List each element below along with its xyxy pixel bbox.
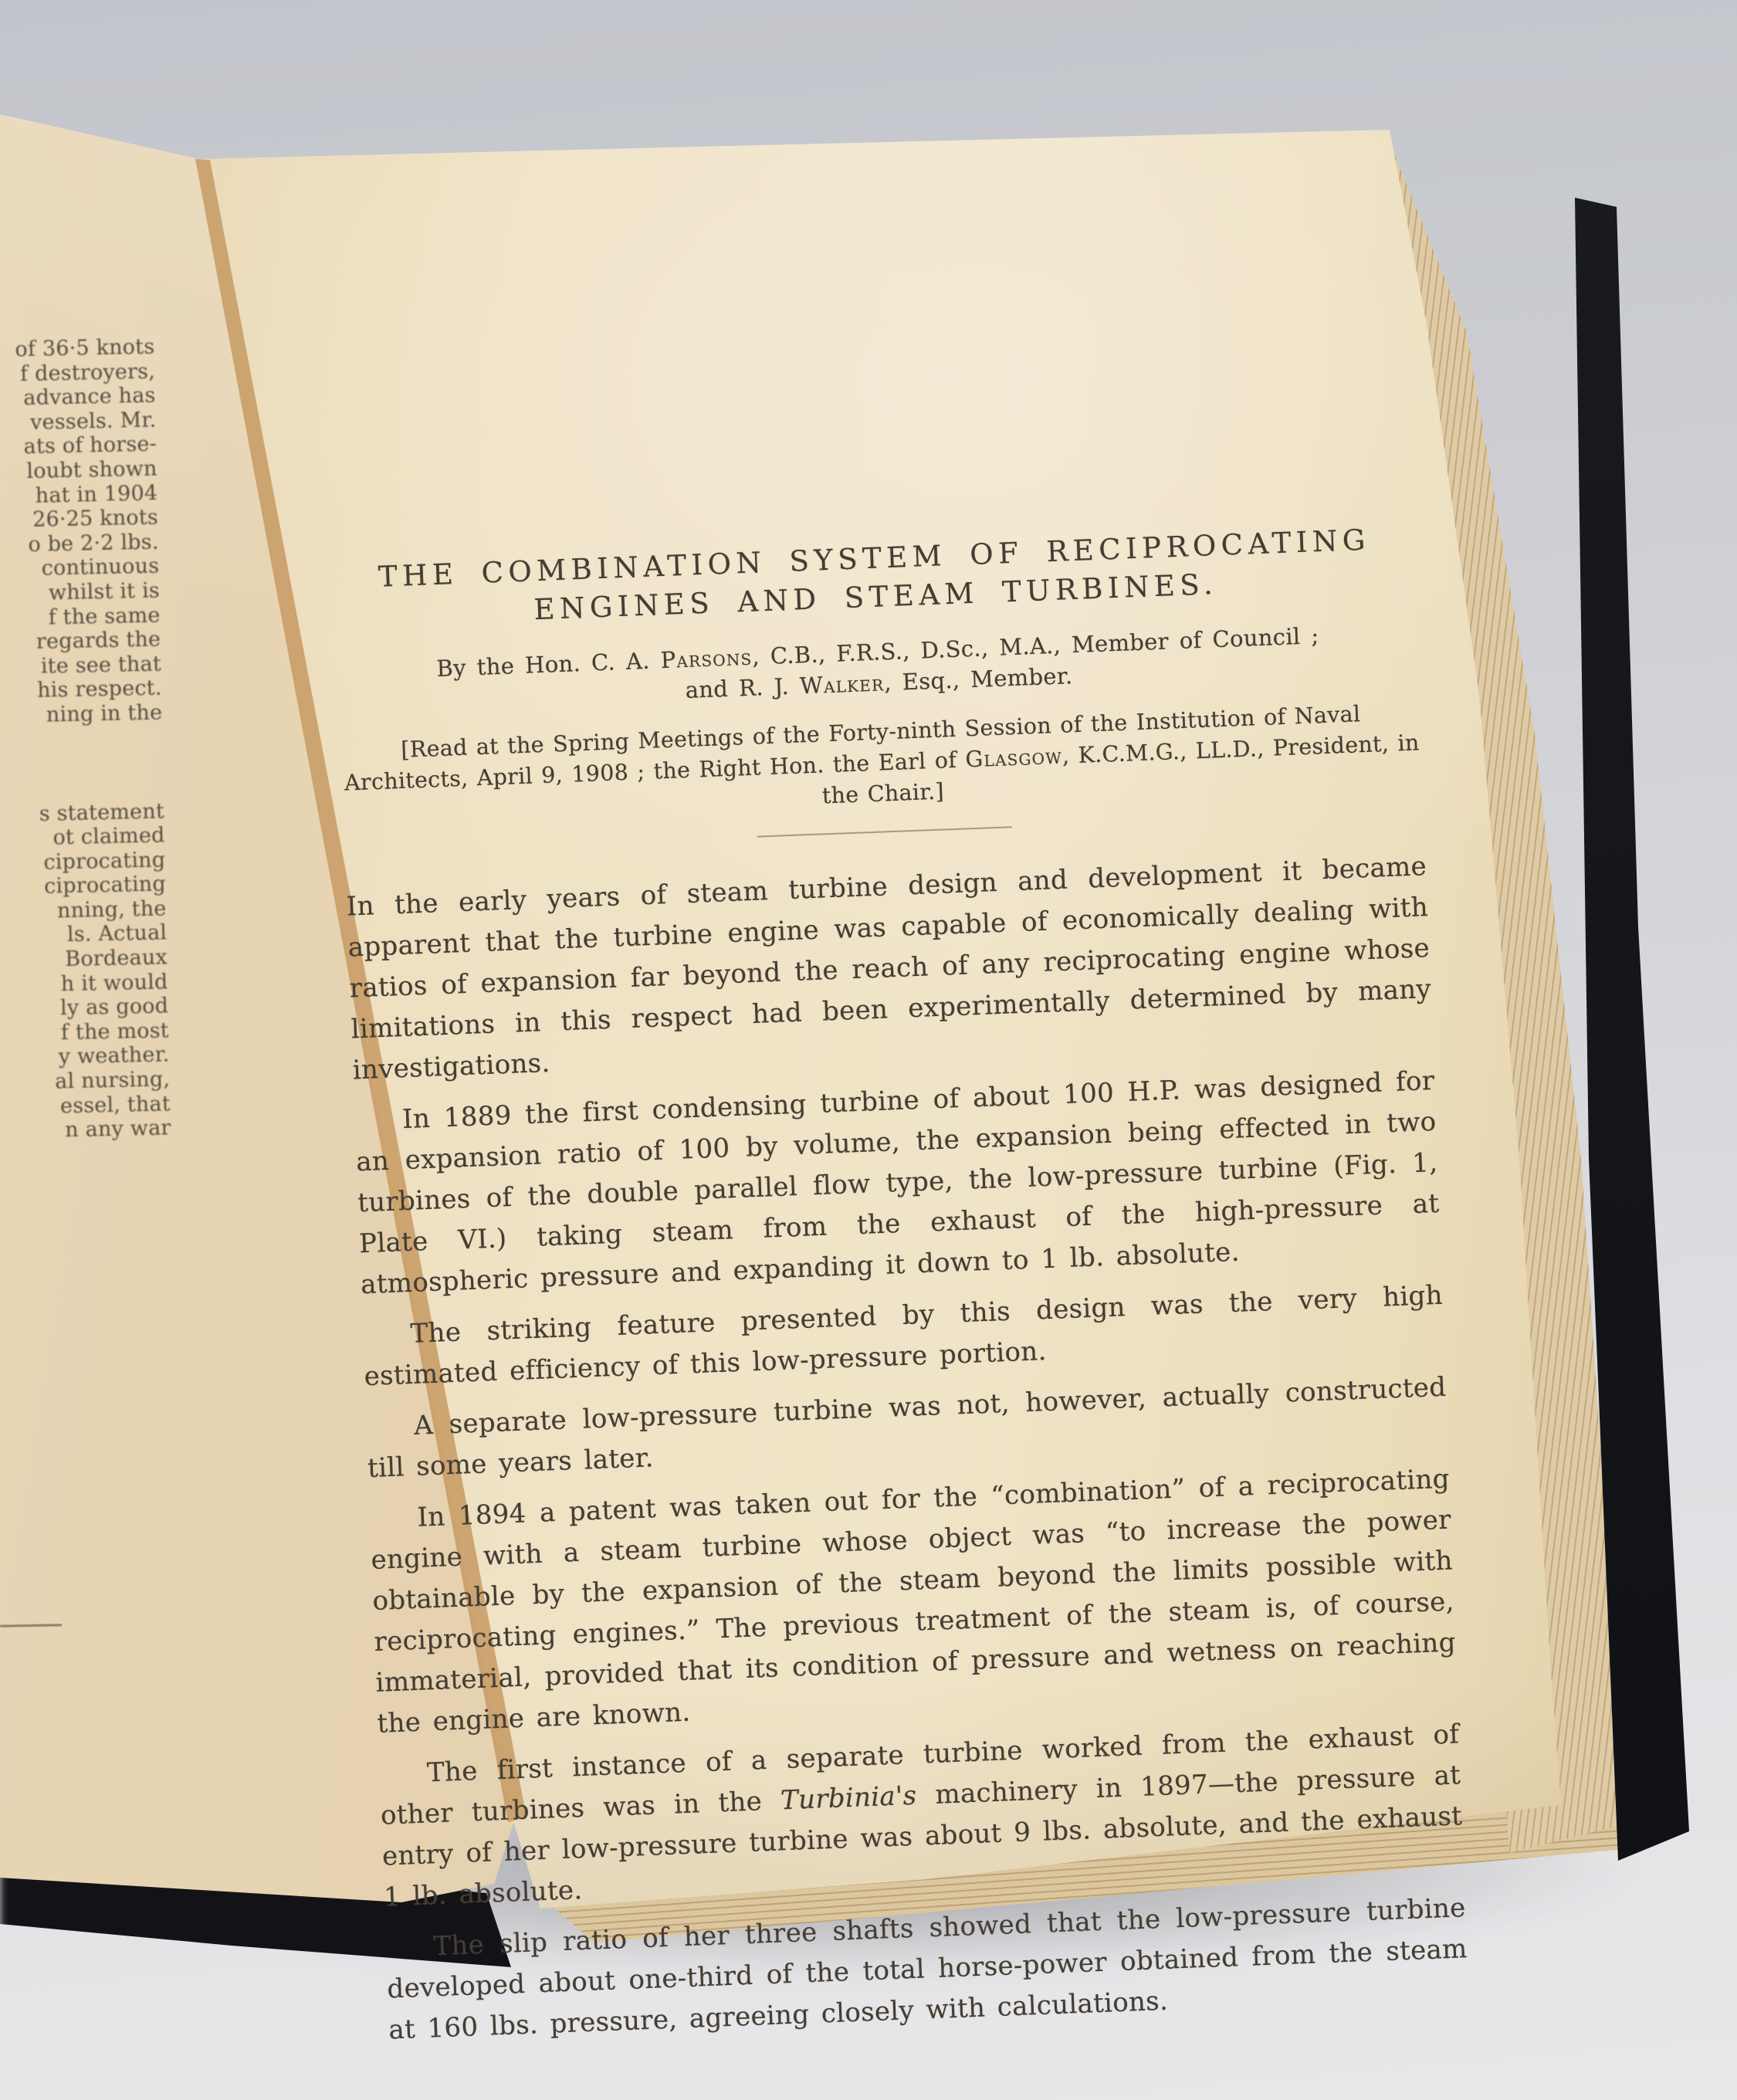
read-note: [Read at the Spring Meetings of the Fort… xyxy=(340,696,1424,829)
left-page-fragment-line: ats of horse- xyxy=(0,432,157,460)
text-segment: Parsons xyxy=(660,644,753,673)
left-page-fragment-line: o be 2·2 lbs. xyxy=(0,530,159,557)
paragraph: In 1889 the first condensing turbine of … xyxy=(354,1061,1441,1306)
left-page-fragment-line: loubt shown xyxy=(0,456,157,484)
text-segment: By the Hon. C. A. xyxy=(436,647,661,682)
left-page-fragment-line: whilst it is xyxy=(0,578,160,606)
left-page-fragment-line: ciprocating xyxy=(0,848,166,876)
left-page-fragment-line: essel, that xyxy=(5,1092,171,1119)
left-page-fragment-line: ls. Actual xyxy=(2,921,168,949)
left-page-fragment-line: ciprocating xyxy=(1,872,167,900)
paragraph: The first instance of a separate turbine… xyxy=(378,1714,1464,1918)
text-segment: Turbinia's xyxy=(780,1780,917,1817)
paragraph: In the early years of steam turbine desi… xyxy=(346,846,1434,1091)
paragraph: In 1894 a patent was taken out for the “… xyxy=(369,1459,1458,1745)
left-page-fragment-line: h it would xyxy=(2,970,168,997)
book-photo-scene: of 36·5 knotsf destroyers,advance hasves… xyxy=(0,0,1737,2100)
body-paragraphs: In the early years of steam turbine desi… xyxy=(346,846,1470,2051)
left-page-fragment-line: ot claimed xyxy=(0,823,165,851)
left-page-fragment-line: advance has xyxy=(0,384,156,412)
text-segment: In 1894 a patent was taken out for the “… xyxy=(371,1464,1456,1739)
text-segment: Glasgow xyxy=(965,743,1063,773)
left-page-fragment-line: ly as good xyxy=(3,994,169,1022)
left-page-fragment-line: Bordeaux xyxy=(2,945,168,973)
left-page-fragment-line: hat in 1904 xyxy=(0,481,158,509)
left-page-fragment-line: 26·25 knots xyxy=(0,506,158,533)
left-page-fragment-line: regards the xyxy=(0,628,161,655)
text-segment: and R. J. xyxy=(685,672,801,703)
paragraph: The slip ratio of her three shafts showe… xyxy=(385,1888,1470,2051)
left-page-fragment-line: of 36·5 knots xyxy=(0,335,155,363)
left-fragment-block-lower: s statementot claimedciprocatingciprocat… xyxy=(0,799,171,1144)
text-segment: Walker xyxy=(799,669,885,699)
left-page-text: of 36·5 knotsf destroyers,advance hasves… xyxy=(0,335,171,1144)
left-page-fragment-line: f the most xyxy=(4,1018,170,1046)
text-segment: The slip ratio of her three shafts showe… xyxy=(387,1892,1468,2045)
right-page-text: THE COMBINATION SYSTEM OF RECIPROCATING … xyxy=(334,519,1470,2061)
left-page-fragment-line: al nursing, xyxy=(5,1067,171,1095)
text-segment: In the early years of steam turbine desi… xyxy=(346,851,1431,1086)
left-page-fragment-line: continuous xyxy=(0,554,160,582)
left-page-fragment-line: ning in the xyxy=(0,700,163,728)
left-page-fragment-line: nning, the xyxy=(1,896,167,924)
left-page-fragment-line: n any war xyxy=(5,1116,171,1144)
text-segment: , Esq., Member. xyxy=(884,662,1073,696)
left-page-fragment-line: s statement xyxy=(0,799,164,827)
left-page-fragment-line: f the same xyxy=(0,603,161,631)
separator-rule xyxy=(757,826,1012,837)
left-page-fragment-line: vessels. Mr. xyxy=(0,408,157,435)
left-page-fragment-line: y weather. xyxy=(4,1043,170,1071)
left-page-fragment-line: his respect. xyxy=(0,676,162,704)
left-page-fragment-line: ite see that xyxy=(0,652,161,679)
left-page-fragment-line: f destroyers, xyxy=(0,359,155,387)
text-segment: In 1889 the first condensing turbine of … xyxy=(356,1065,1440,1300)
left-fragment-block-upper: of 36·5 knotsf destroyers,advance hasves… xyxy=(0,335,163,729)
